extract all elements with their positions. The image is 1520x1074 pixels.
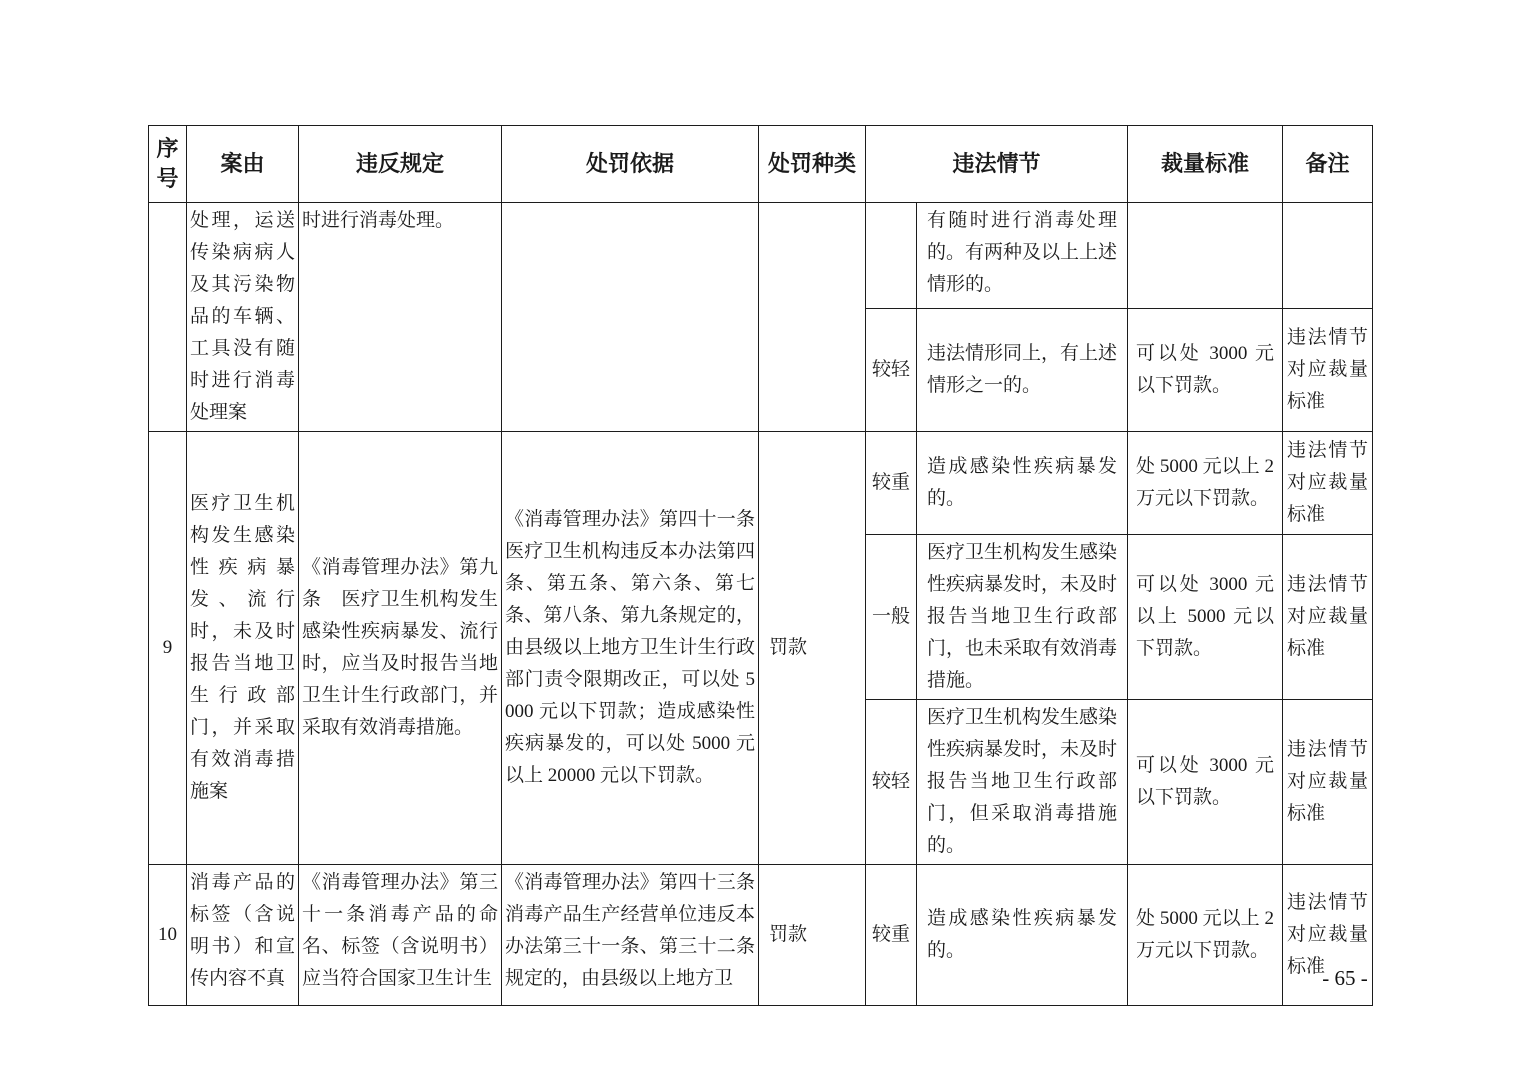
- cell-r9-basis: 《消毒管理办法》第四十一条医疗卫生机构违反本办法第四条、第五条、第六条、第七条、…: [502, 432, 759, 865]
- cell-r9-penalty-type: 罚款: [759, 432, 866, 865]
- cell-r9-s0-circumstance: 造成感染性疾病暴发的。: [917, 432, 1128, 535]
- cell-r9-s0-severity: 较重: [866, 432, 917, 535]
- cell-r9-seq: 9: [149, 432, 187, 865]
- cell-r10-penalty-type: 罚款: [759, 865, 866, 1006]
- cell-r10-seq: 10: [149, 865, 187, 1006]
- table-row-9-sub-0: 9 医疗卫生机构发生感染性疾病暴发、流行时，未及时报告当地卫生行政部门，并采取有…: [149, 432, 1373, 535]
- cell-r8-s0-remark: [1283, 203, 1373, 309]
- cell-r8-s0-severity: [866, 203, 917, 309]
- header-violated: 违反规定: [299, 126, 502, 203]
- header-remark: 备注: [1283, 126, 1373, 203]
- cell-r9-s0-remark: 违法情节对应裁量标准: [1283, 432, 1373, 535]
- cell-r9-violated: 《消毒管理办法》第九条 医疗卫生机构发生感染性疾病暴发、流行时，应当及时报告当地…: [299, 432, 502, 865]
- cell-r10-s0-circumstance: 造成感染性疾病暴发的。: [917, 865, 1128, 1006]
- penalty-discretion-table: 序号 案由 违反规定 处罚依据 处罚种类 违法情节 裁量标准 备注 处理，运送传…: [148, 125, 1373, 1006]
- cell-r10-violated: 《消毒管理办法》第三十一条消毒产品的命名、标签（含说明书）应当符合国家卫生计生: [299, 865, 502, 1006]
- cell-r9-s2-severity: 较轻: [866, 700, 917, 865]
- cell-r8-basis: [502, 203, 759, 432]
- cell-r10-basis: 《消毒管理办法》第四十三条消毒产品生产经营单位违反本办法第三十一条、第三十二条规…: [502, 865, 759, 1006]
- header-circumstance: 违法情节: [866, 126, 1128, 203]
- cell-r8-s1-standard: 可以处 3000 元以下罚款。: [1128, 309, 1283, 432]
- cell-r9-s2-circumstance: 医疗卫生机构发生感染性疾病暴发时，未及时报告当地卫生行政部门，但采取消毒措施的。: [917, 700, 1128, 865]
- header-penalty-type: 处罚种类: [759, 126, 866, 203]
- cell-r10-case: 消毒产品的标签（含说明书）和宣传内容不真: [187, 865, 299, 1006]
- cell-r8-s0-standard: [1128, 203, 1283, 309]
- cell-r8-s1-remark: 违法情节对应裁量标准: [1283, 309, 1373, 432]
- table-header-row: 序号 案由 违反规定 处罚依据 处罚种类 违法情节 裁量标准 备注: [149, 126, 1373, 203]
- header-standard: 裁量标准: [1128, 126, 1283, 203]
- cell-r8-seq: [149, 203, 187, 432]
- header-seq: 序号: [149, 126, 187, 203]
- cell-r8-s0-circumstance: 有随时进行消毒处理的。有两种及以上上述情形的。: [917, 203, 1128, 309]
- cell-r10-s0-severity: 较重: [866, 865, 917, 1006]
- cell-r9-s0-standard: 处 5000 元以上 2 万元以下罚款。: [1128, 432, 1283, 535]
- table-row-8-sub-0: 处理，运送传染病病人及其污染物品的车辆、工具没有随时进行消毒处理案 时进行消毒处…: [149, 203, 1373, 309]
- cell-r9-case: 医疗卫生机构发生感染性疾病暴发、流行时，未及时报告当地卫生行政部门，并采取有效消…: [187, 432, 299, 865]
- header-case: 案由: [187, 126, 299, 203]
- cell-r9-s1-remark: 违法情节对应裁量标准: [1283, 535, 1373, 700]
- cell-r9-s1-circumstance: 医疗卫生机构发生感染性疾病暴发时，未及时报告当地卫生行政部门，也未采取有效消毒措…: [917, 535, 1128, 700]
- cell-r8-violated: 时进行消毒处理。: [299, 203, 502, 432]
- header-basis: 处罚依据: [502, 126, 759, 203]
- cell-r8-s1-circumstance: 违法情形同上，有上述情形之一的。: [917, 309, 1128, 432]
- cell-r8-s1-severity: 较轻: [866, 309, 917, 432]
- cell-r9-s1-severity: 一般: [866, 535, 917, 700]
- cell-r9-s1-standard: 可以处 3000 元以上 5000 元以下罚款。: [1128, 535, 1283, 700]
- document-page: 序号 案由 违反规定 处罚依据 处罚种类 违法情节 裁量标准 备注 处理，运送传…: [0, 0, 1520, 1074]
- table-row-10: 10 消毒产品的标签（含说明书）和宣传内容不真 《消毒管理办法》第三十一条消毒产…: [149, 865, 1373, 1006]
- cell-r8-penalty-type: [759, 203, 866, 432]
- cell-r9-s2-standard: 可以处 3000 元以下罚款。: [1128, 700, 1283, 865]
- page-number: - 65 -: [1290, 966, 1400, 991]
- cell-r9-s2-remark: 违法情节对应裁量标准: [1283, 700, 1373, 865]
- cell-r8-case: 处理，运送传染病病人及其污染物品的车辆、工具没有随时进行消毒处理案: [187, 203, 299, 432]
- cell-r10-s0-standard: 处 5000 元以上 2 万元以下罚款。: [1128, 865, 1283, 1006]
